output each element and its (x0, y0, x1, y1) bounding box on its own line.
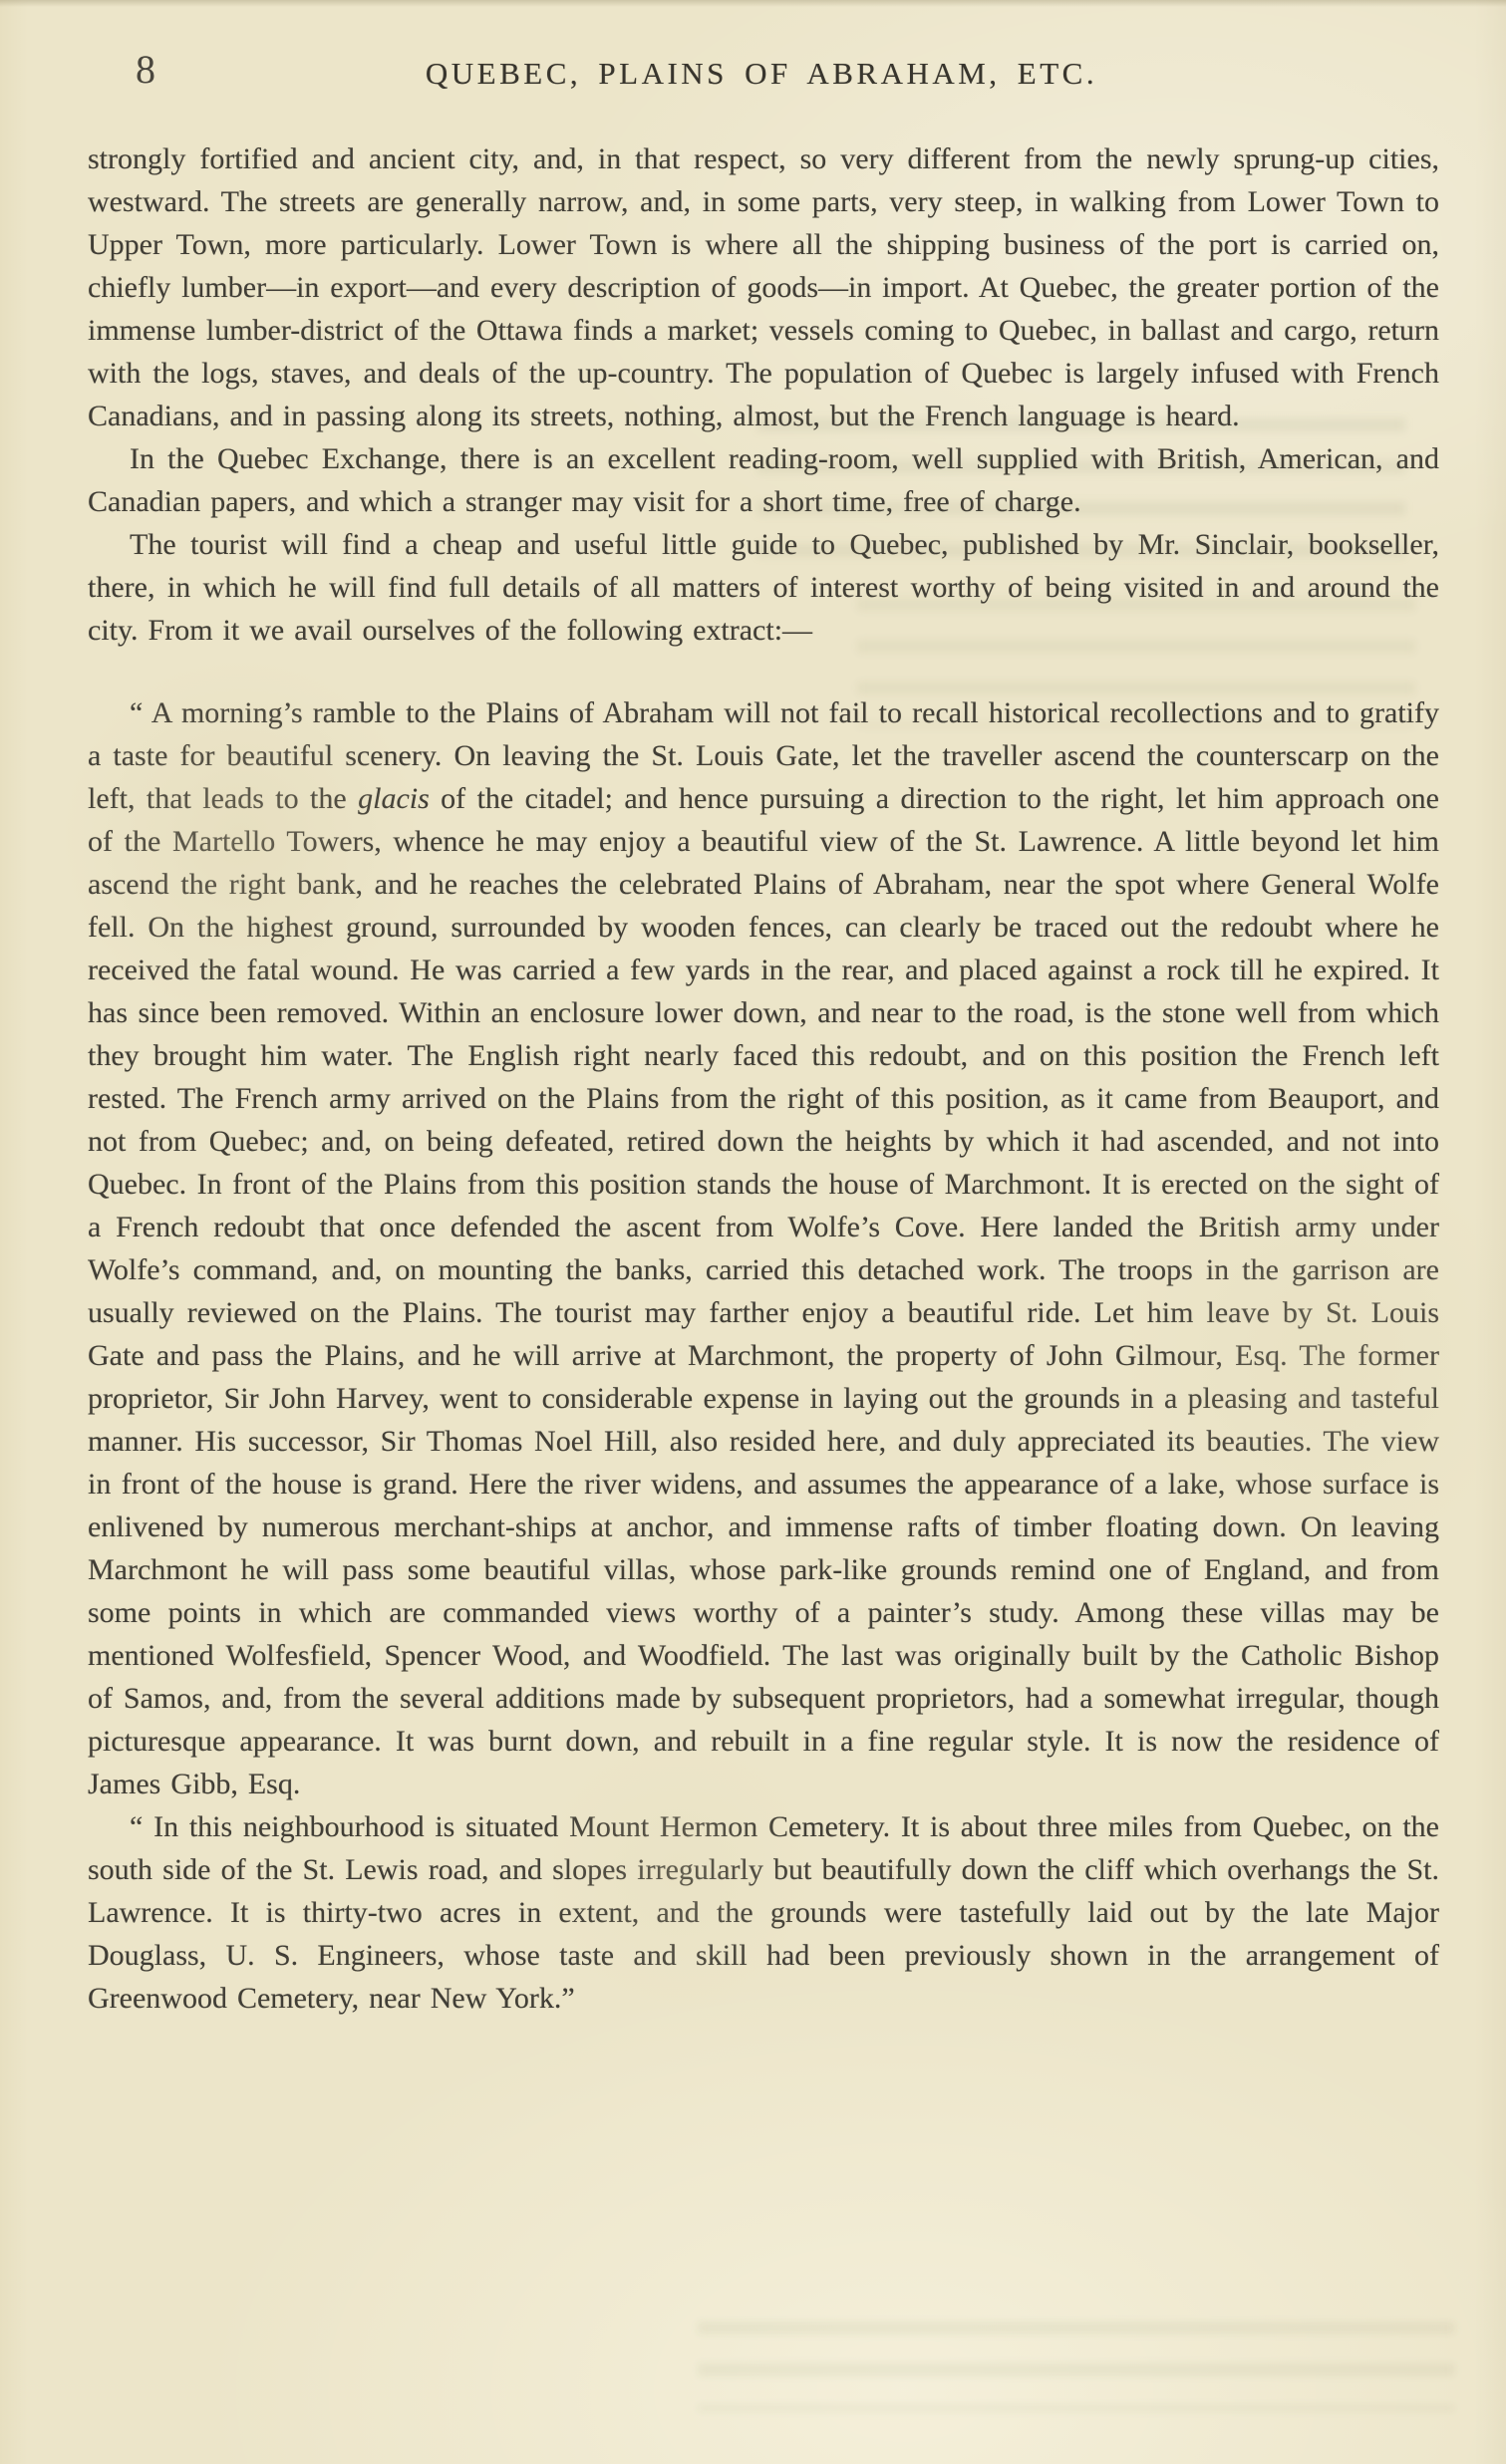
running-title: QUEBEC, PLAINS OF ABRAHAM, ETC. (88, 56, 1435, 92)
paragraph-quebec-exchange: In the Quebec Exchange, there is an exce… (88, 437, 1439, 523)
paragraph-mount-hermon: “ In this neighbourhood is situated Moun… (88, 1805, 1439, 2020)
paragraph-extract: “ A morning’s ramble to the Plains of Ab… (88, 691, 1439, 1805)
extract-text-after: of the citadel; and hence pursuing a dir… (88, 782, 1439, 1800)
extract-italic-word: glacis (358, 782, 430, 815)
paragraph-continuation: strongly fortified and ancient city, and… (88, 137, 1439, 437)
page-header: 8 QUEBEC, PLAINS OF ABRAHAM, ETC. (88, 48, 1435, 104)
scanned-book-page: 8 QUEBEC, PLAINS OF ABRAHAM, ETC. strong… (0, 0, 1506, 2464)
paragraph-tourist-guide: The tourist will find a cheap and useful… (88, 523, 1439, 652)
body-text-block: strongly fortified and ancient city, and… (88, 137, 1439, 2020)
page-showthrough (698, 2322, 1455, 2411)
